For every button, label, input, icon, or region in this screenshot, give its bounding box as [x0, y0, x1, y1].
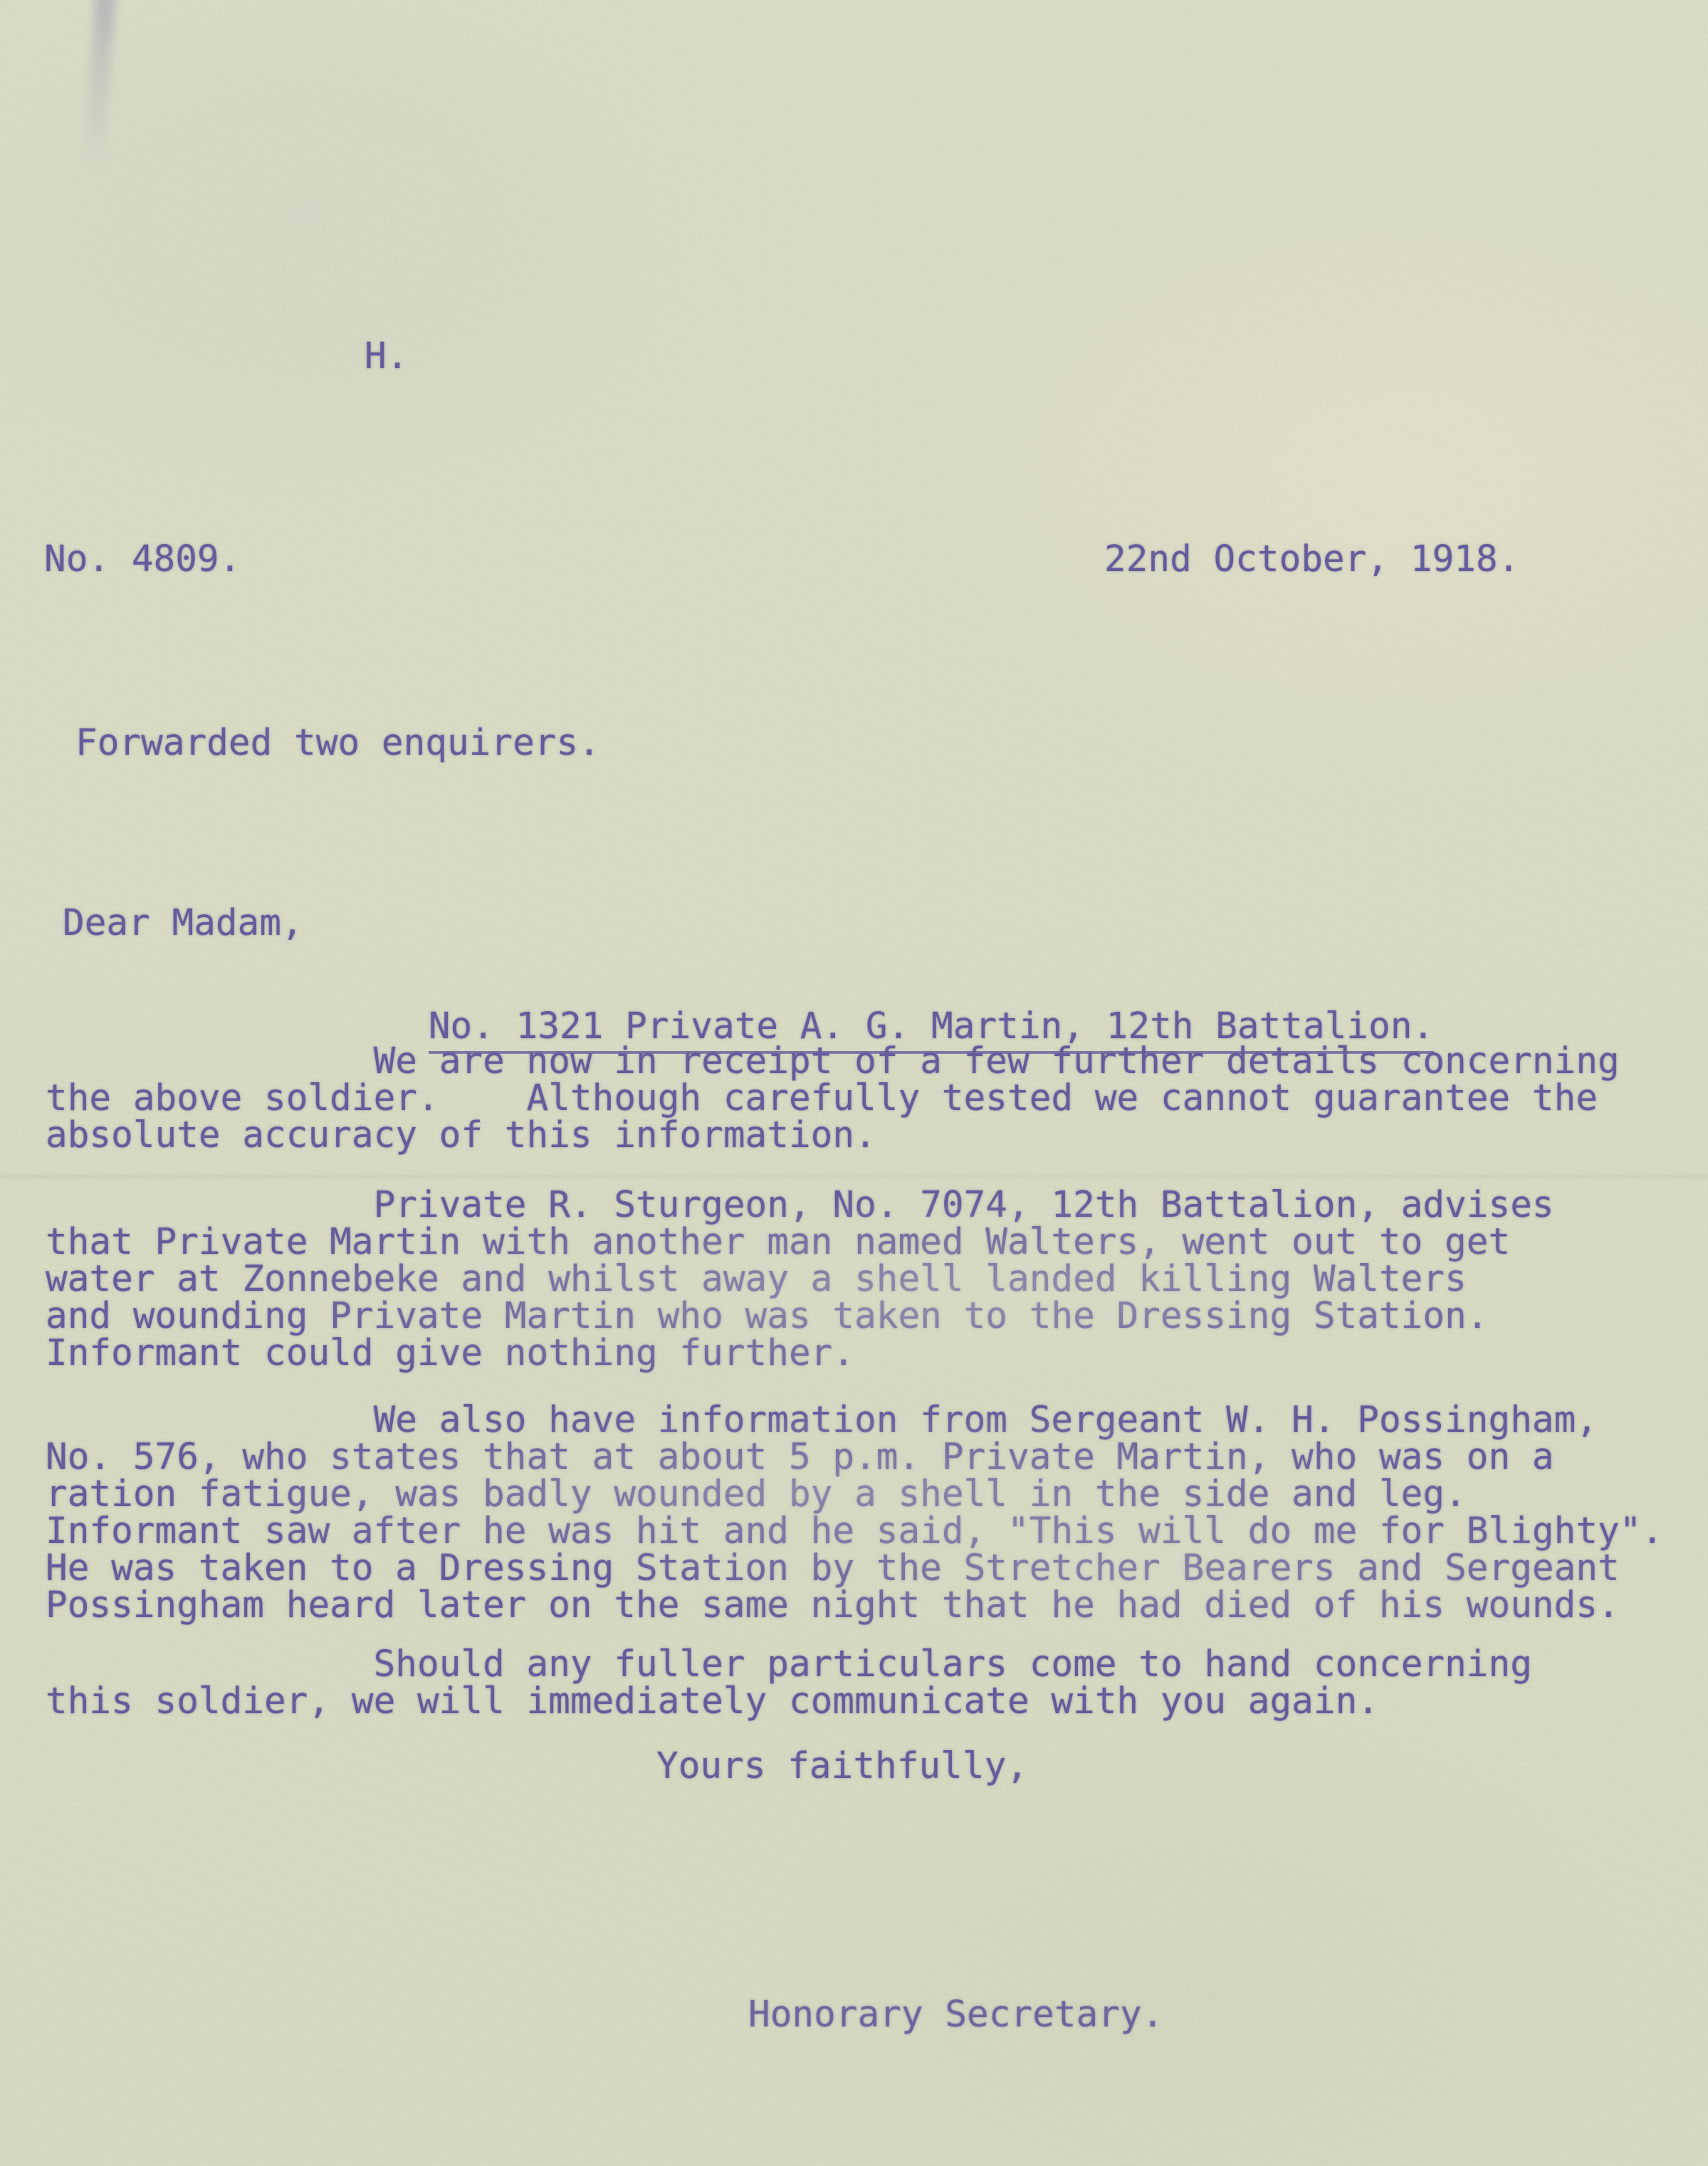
letter-number: No. 4809. [44, 541, 241, 578]
valediction: Yours faithfully, [656, 1748, 1028, 1785]
reference-mark: H. [365, 338, 408, 375]
paragraph-further-particulars: Should any fuller particulars come to ha… [46, 1646, 1697, 1720]
paragraph-sturgeon-account: Private R. Sturgeon, No. 7074, 12th Batt… [46, 1187, 1697, 1372]
paper-crease [0, 1175, 1708, 1178]
forwarded-note: Forwarded two enquirers. [75, 725, 600, 762]
ink-smudge [83, 0, 115, 171]
letter-page: H. No. 4809. 22nd October, 1918. Forward… [0, 0, 1708, 2166]
salutation: Dear Madam, [63, 905, 303, 942]
letter-date: 22nd October, 1918. [1104, 541, 1519, 578]
paragraph-receipt-of-details: We are now in receipt of a few further d… [46, 1043, 1697, 1154]
paragraph-possingham-account: We also have information from Sergeant W… [46, 1402, 1697, 1624]
signature-title: Honorary Secretary. [748, 1997, 1163, 2034]
